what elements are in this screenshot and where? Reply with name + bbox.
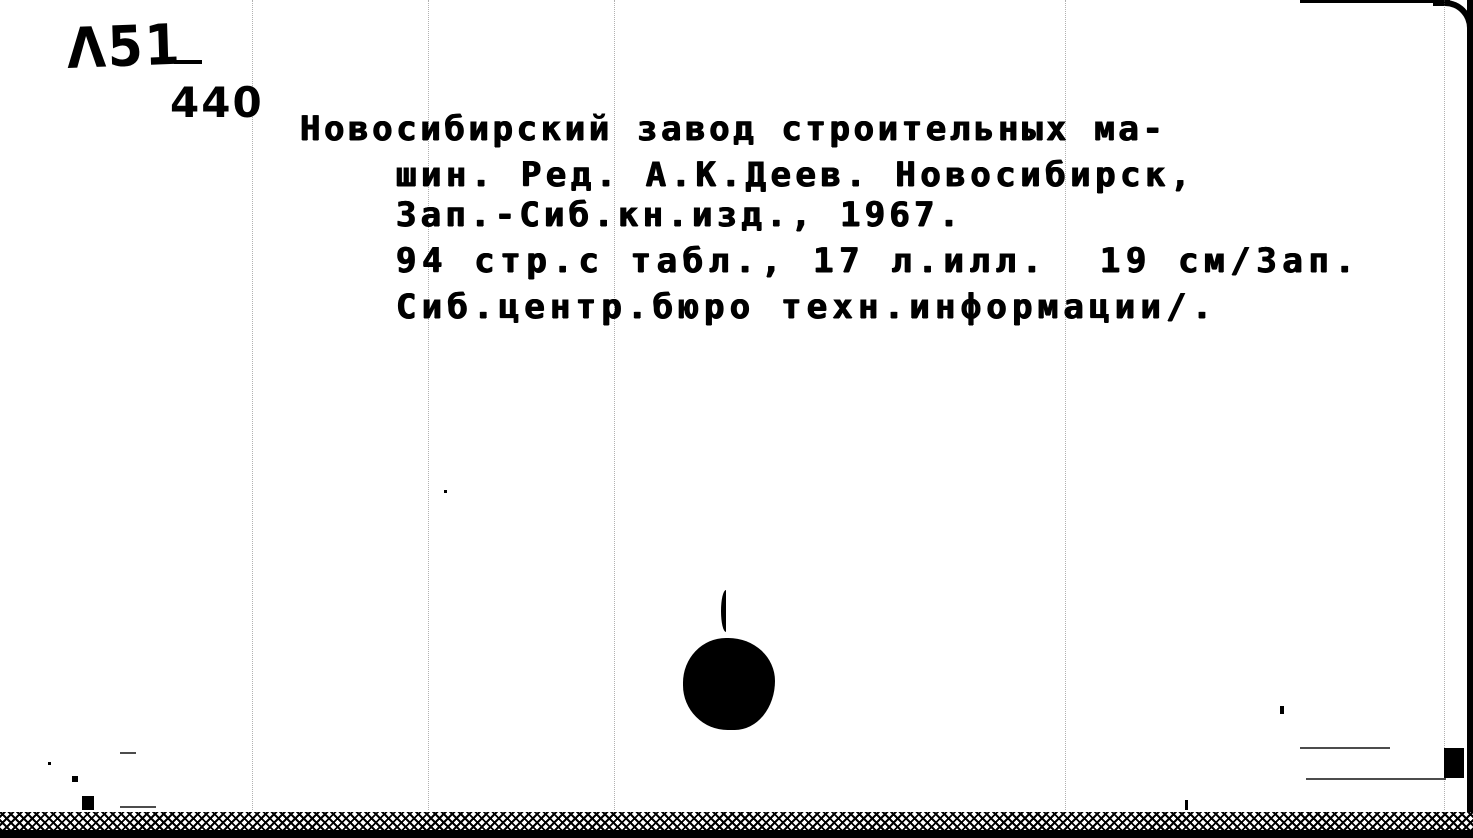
entry-line-editor-place: шин. Ред. А.К.Деев. Новосибирск, (396, 158, 1195, 192)
scan-artifact (1185, 800, 1188, 810)
entry-line-collation: 94 стр.с табл., 17 л.илл. 19 см/Зап. (396, 244, 1361, 278)
scan-artifact (1300, 747, 1390, 749)
scan-artifact (82, 796, 94, 810)
scan-artifact (444, 490, 447, 493)
call-number-divider (174, 60, 202, 64)
call-number-upper: Λ51 (66, 18, 182, 78)
scan-artifact (72, 776, 78, 782)
catalog-card: Λ51 440 Новосибирский завод строительных… (0, 0, 1473, 838)
scan-right-edge (1467, 0, 1473, 838)
call-number-lower: 440 (170, 82, 264, 124)
entry-line-series: Сиб.центр.бюро техн.информации/. (396, 290, 1217, 324)
entry-line-publisher-year: Зап.-Сиб.кн.изд., 1967. (396, 198, 963, 232)
entry-line-title: Новосибирский завод строительных ма- (300, 112, 1167, 146)
scan-artifact (1444, 748, 1464, 778)
punch-hole (683, 638, 775, 730)
scan-artifact (120, 752, 136, 754)
scan-artifact (120, 806, 156, 808)
scan-artifact (48, 762, 51, 765)
scan-bottom-border (0, 812, 1473, 838)
scan-artifact (1280, 706, 1284, 714)
dotted-guide-line (1444, 0, 1445, 810)
ink-stroke (721, 590, 731, 632)
scan-artifact (1306, 778, 1446, 780)
scan-top-edge (1300, 0, 1450, 3)
